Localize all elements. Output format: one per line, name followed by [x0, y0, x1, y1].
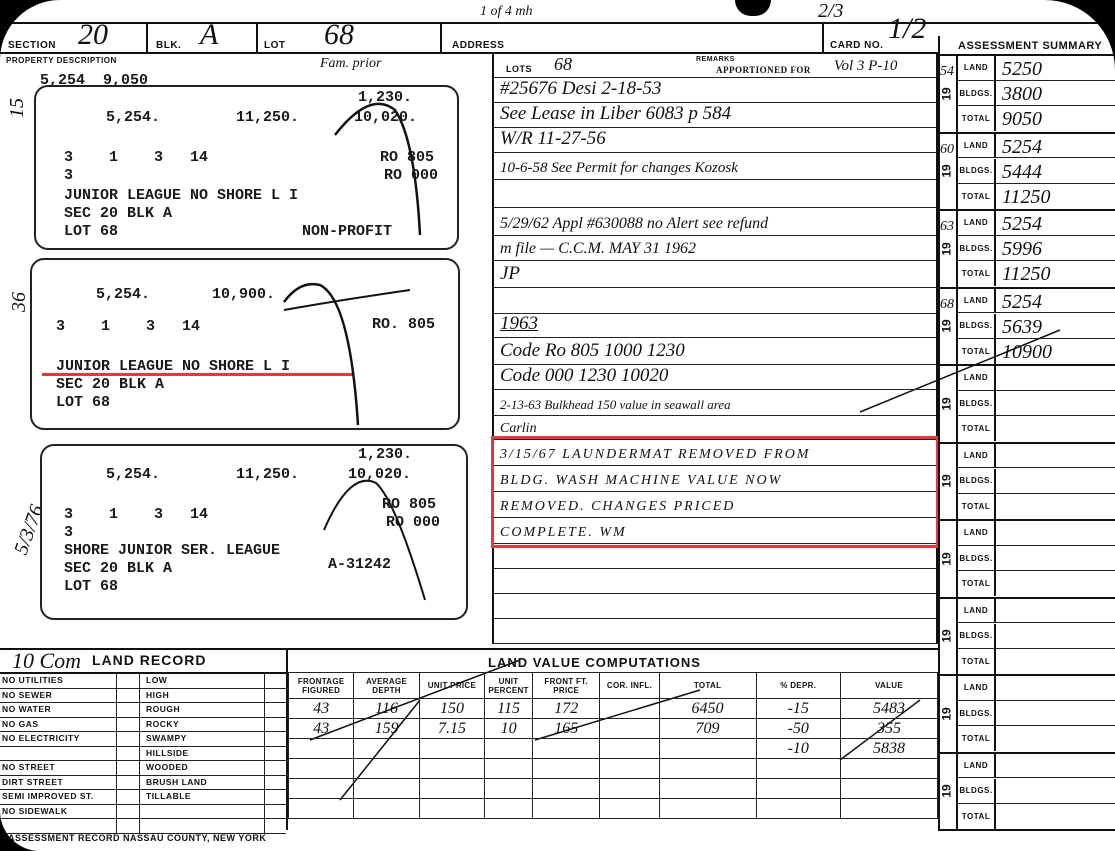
- summary-total-value: 10900: [1002, 339, 1052, 365]
- land-record-left-check[interactable]: [116, 776, 140, 790]
- lvc-cell: 7.15: [419, 719, 484, 739]
- card-sec-blk: SEC 20 BLK A: [56, 376, 164, 393]
- assessment-record-card: 1 of 4 mh 2/3 SECTION 20 BLK. A LOT 68 A…: [0, 0, 1115, 851]
- lvc-cell: [600, 779, 659, 799]
- land-record-right-check[interactable]: [264, 790, 286, 804]
- lvc-cell: [532, 759, 600, 779]
- card-lot: LOT 68: [64, 223, 118, 240]
- land-record-right-check[interactable]: [264, 776, 286, 790]
- summary-land-value: 5250: [1002, 56, 1042, 82]
- land-record-handwritten-prefix: 10 Com: [12, 648, 81, 674]
- land-record-row: NO SEWERHIGH: [0, 689, 286, 704]
- lvc-cell: [419, 759, 484, 779]
- year-prefix: 19: [940, 785, 954, 798]
- land-record-right-item: WOODED: [146, 762, 262, 772]
- lvc-cell: [600, 699, 659, 719]
- land-record-row: NO SIDEWALK: [0, 805, 286, 820]
- lvc-cell: [354, 799, 419, 819]
- header-divider: [440, 22, 442, 52]
- apportioned-label: APPORTIONED FOR: [716, 65, 811, 75]
- land-record-left-check[interactable]: [116, 689, 140, 703]
- card-owner: SHORE JUNIOR SER. LEAGUE: [64, 542, 280, 559]
- land-record-left-check[interactable]: [116, 819, 140, 833]
- card-owner: JUNIOR LEAGUE NO SHORE L I: [64, 187, 298, 204]
- summary-row-bldgs: BLDGS.3800: [958, 81, 1115, 106]
- card-total-value: 11,250.: [236, 109, 299, 126]
- summary-row-land: LAND: [958, 366, 1115, 391]
- card-land-value: 5,254.: [96, 286, 150, 303]
- summary-total-value: 11250: [1002, 184, 1051, 210]
- summary-bldgs-label: BLDGS.: [958, 391, 996, 415]
- remarks-line: 10-6-58 See Permit for changes Kozosk: [494, 153, 936, 180]
- owner-highlight-underline: [42, 373, 354, 376]
- lot-label: LOT: [264, 40, 286, 51]
- card-land-value: 5,254.: [106, 466, 160, 483]
- land-record-row: NO UTILITIESLOW: [0, 674, 286, 689]
- year-suffix: 60: [940, 142, 954, 158]
- summary-bldgs-label: BLDGS.: [958, 624, 996, 648]
- land-record-left-check[interactable]: [116, 761, 140, 775]
- summary-land-label: LAND: [958, 56, 996, 80]
- lots-label: LOTS: [506, 64, 532, 74]
- land-record-left-item: NO UTILITIES: [2, 675, 114, 685]
- land-record-title: LAND RECORD: [92, 652, 206, 668]
- summary-row-bldgs: BLDGS.: [958, 779, 1115, 804]
- card-reference: A-31242: [328, 556, 391, 573]
- summary-total-label: TOTAL: [958, 804, 996, 829]
- lvc-cell: 159: [354, 719, 419, 739]
- land-record-right-check[interactable]: [264, 732, 286, 746]
- lots-value: 68: [554, 54, 572, 75]
- lvc-cell: 10: [485, 719, 533, 739]
- remarks-line: [494, 569, 936, 594]
- summary-row-land: LAND: [958, 521, 1115, 546]
- summary-row-bldgs: BLDGS.5639: [958, 314, 1115, 339]
- top-right-handwritten-note: 2/3: [818, 0, 844, 23]
- summary-year-group: 1968LAND5254BLDGS.5639TOTAL10900: [938, 289, 1115, 367]
- summary-year: 19: [938, 521, 958, 597]
- year-prefix: 19: [940, 630, 954, 643]
- summary-bldgs-value: 5639: [1002, 314, 1042, 340]
- summary-land-label: LAND: [958, 599, 996, 623]
- remarks-line: 2-13-63 Bulkhead 150 value in seawall ar…: [494, 390, 936, 416]
- lvc-cell: [600, 799, 659, 819]
- lvc-column-header: FRONTAGE FIGURED: [289, 673, 354, 699]
- land-record-left-item: NO GAS: [2, 719, 114, 729]
- lvc-column-header: FRONT FT. PRICE: [532, 673, 600, 699]
- assessment-summary-title: ASSESSMENT SUMMARY: [958, 40, 1102, 52]
- card-value-b: 10,020.: [354, 109, 417, 126]
- card-value-b: 10,020.: [348, 466, 411, 483]
- summary-land-label: LAND: [958, 134, 996, 158]
- remarks-highlight-box: [491, 436, 939, 548]
- card-no-value: 1/2: [888, 12, 926, 46]
- card-ro-code: RO 805: [380, 149, 434, 166]
- land-record-row: [0, 819, 286, 834]
- lvc-cell: [756, 799, 840, 819]
- year-prefix: 19: [940, 87, 954, 100]
- land-record-right-item: BRUSH LAND: [146, 777, 262, 787]
- card-codes: 3 1 3 14: [56, 318, 200, 335]
- summary-row-bldgs: BLDGS.: [958, 701, 1115, 726]
- lvc-cell: [289, 779, 354, 799]
- typed-record-card: 5,254. 11,250. 1,230. 10,020. 3 1 3 14 3…: [34, 85, 459, 250]
- card-codes-2: 3: [64, 167, 73, 184]
- summary-bldgs-value: 5444: [1002, 159, 1042, 185]
- card-lot: LOT 68: [64, 578, 118, 595]
- summary-row-bldgs: BLDGS.: [958, 546, 1115, 571]
- summary-land-label: LAND: [958, 211, 996, 235]
- lvc-row: 431597.1510165709-50355: [289, 719, 938, 739]
- lvc-cell: [600, 719, 659, 739]
- summary-bldgs-label: BLDGS.: [958, 236, 996, 260]
- summary-year-group: 19LANDBLDGS.TOTAL: [938, 366, 1115, 444]
- remarks-line: JP: [494, 261, 936, 288]
- typed-record-card: 5,254. 10,900. 3 1 3 14 RO. 805 JUNIOR L…: [30, 258, 460, 430]
- top-handwritten-note: 1 of 4 mh: [480, 4, 533, 20]
- summary-row-total: TOTAL: [958, 649, 1115, 674]
- summary-row-bldgs: BLDGS.: [958, 391, 1115, 416]
- summary-year-group: 1954LAND5250BLDGS.3800TOTAL9050: [938, 56, 1115, 134]
- lvc-column-header: % DEPR.: [756, 673, 840, 699]
- summary-total-label: TOTAL: [958, 184, 996, 209]
- header-divider: [822, 22, 824, 52]
- lvc-title: LAND VALUE COMPUTATIONS: [488, 655, 701, 670]
- summary-year: 19: [938, 754, 958, 830]
- lvc-cell: [289, 759, 354, 779]
- summary-row-bldgs: BLDGS.: [958, 624, 1115, 649]
- property-handwritten-note: Fam. prior: [320, 56, 381, 72]
- lvc-column-header: AVERAGE DEPTH: [354, 673, 419, 699]
- land-record-row: HILLSIDE: [0, 747, 286, 762]
- summary-year: 19: [938, 599, 958, 675]
- land-record-right-item: HIGH: [146, 690, 262, 700]
- summary-row-bldgs: BLDGS.5996: [958, 236, 1115, 261]
- lvc-cell: [840, 779, 937, 799]
- summary-bldgs-label: BLDGS.: [958, 779, 996, 803]
- lvc-cell: 115: [485, 699, 533, 719]
- summary-row-land: LAND: [958, 754, 1115, 779]
- summary-row-land: LAND5254: [958, 289, 1115, 314]
- card-codes: 3 1 3 14: [64, 506, 208, 523]
- land-record-row: NO ELECTRICITYSWAMPY: [0, 732, 286, 747]
- year-prefix: 19: [940, 165, 954, 178]
- year-suffix: 68: [940, 297, 954, 313]
- land-record-right-check[interactable]: [264, 689, 286, 703]
- lvc-cell: [659, 799, 756, 819]
- remarks-line: 1963: [494, 314, 936, 338]
- lvc-row: [289, 779, 938, 799]
- block-label: BLK.: [156, 40, 181, 51]
- summary-total-value: 9050: [1002, 106, 1042, 132]
- card-total-value: 11,250.: [236, 466, 299, 483]
- summary-bldgs-label: BLDGS.: [958, 701, 996, 725]
- card-sec-blk: SEC 20 BLK A: [64, 205, 172, 222]
- lvc-cell: [485, 739, 533, 759]
- lvc-column-header: UNIT PERCENT: [485, 673, 533, 699]
- card-lot: LOT 68: [56, 394, 110, 411]
- summary-row-land: LAND5254: [958, 211, 1115, 236]
- land-record-right-item: HILLSIDE: [146, 748, 262, 758]
- lvc-cell: [532, 739, 600, 759]
- lvc-column-header: VALUE: [840, 673, 937, 699]
- lvc-cell: [840, 759, 937, 779]
- section-value: 20: [78, 18, 108, 52]
- land-record-right-item: ROUGH: [146, 704, 262, 714]
- remarks-line: See Lease in Liber 6083 p 584: [494, 103, 936, 128]
- summary-row-land: LAND: [958, 599, 1115, 624]
- summary-row-land: LAND5250: [958, 56, 1115, 81]
- land-record-row: DIRT STREETBRUSH LAND: [0, 776, 286, 791]
- summary-year: 19: [938, 366, 958, 442]
- land-record-left-check[interactable]: [116, 732, 140, 746]
- summary-total-label: TOTAL: [958, 571, 996, 596]
- summary-total-label: TOTAL: [958, 416, 996, 441]
- remarks-line: Code 000 1230 10020: [494, 365, 936, 390]
- lvc-cell: 355: [840, 719, 937, 739]
- summary-total-label: TOTAL: [958, 494, 996, 519]
- summary-year-group: 19LANDBLDGS.TOTAL: [938, 599, 1115, 677]
- lvc-cell: [289, 799, 354, 819]
- typed-record-card: 5,254. 11,250. 1,230. 10,020. 3 1 3 14 3…: [40, 444, 468, 620]
- land-record-left-item: NO WATER: [2, 704, 114, 714]
- lvc-cell: [354, 739, 419, 759]
- summary-row-land: LAND5254: [958, 134, 1115, 159]
- lvc-row: 431161501151726450-155483: [289, 699, 938, 719]
- lvc-cell: [485, 799, 533, 819]
- summary-bldgs-label: BLDGS.: [958, 81, 996, 105]
- summary-row-bldgs: BLDGS.: [958, 469, 1115, 494]
- year-suffix: 63: [940, 219, 954, 235]
- land-record-left-item: DIRT STREET: [2, 777, 114, 787]
- lvc-cell: 5483: [840, 699, 937, 719]
- remarks-line: [494, 288, 936, 314]
- land-record-left-item: NO STREET: [2, 762, 114, 772]
- remarks-label: REMARKS: [696, 56, 735, 63]
- lvc-cell: -50: [756, 719, 840, 739]
- header-top-rule: [0, 22, 1115, 24]
- land-value-computations: LAND VALUE COMPUTATIONS FRONTAGE FIGURED…: [288, 648, 938, 830]
- summary-year-group: 19LANDBLDGS.TOTAL: [938, 444, 1115, 522]
- land-record-row: NO STREETWOODED: [0, 761, 286, 776]
- land-record-left-check[interactable]: [116, 718, 140, 732]
- summary-total-label: TOTAL: [958, 106, 996, 131]
- card-no-label: CARD NO.: [830, 40, 883, 51]
- summary-land-value: 5254: [1002, 289, 1042, 315]
- summary-year: 19: [938, 444, 958, 520]
- summary-land-label: LAND: [958, 366, 996, 390]
- land-record-left-check[interactable]: [116, 790, 140, 804]
- lvc-cell: [659, 779, 756, 799]
- lvc-cell: -15: [756, 699, 840, 719]
- summary-land-value: 5254: [1002, 134, 1042, 160]
- lvc-cell: [756, 759, 840, 779]
- lvc-cell: [354, 779, 419, 799]
- land-record-left-item: SEMI IMPROVED ST.: [2, 791, 114, 801]
- lvc-cell: 165: [532, 719, 600, 739]
- summary-bldgs-label: BLDGS.: [958, 546, 996, 570]
- lvc-cell: [289, 739, 354, 759]
- year-prefix: 19: [940, 397, 954, 410]
- card-codes: 3 1 3 14: [64, 149, 208, 166]
- land-record: 10 Com LAND RECORD NO UTILITIESLOWNO SEW…: [0, 648, 288, 830]
- summary-row-total: TOTAL: [958, 726, 1115, 751]
- remarks-line: [494, 594, 936, 619]
- summary-total-label: TOTAL: [958, 339, 996, 364]
- lvc-cell: 43: [289, 699, 354, 719]
- summary-row-land: LAND: [958, 676, 1115, 701]
- summary-row-total: TOTAL: [958, 571, 1115, 596]
- year-prefix: 19: [940, 552, 954, 565]
- summary-total-label: TOTAL: [958, 261, 996, 286]
- lvc-cell: 6450: [659, 699, 756, 719]
- land-record-left-check[interactable]: [116, 674, 140, 688]
- land-record-row: NO GASROCKY: [0, 718, 286, 733]
- summary-row-land: LAND: [958, 444, 1115, 469]
- land-record-left-check[interactable]: [116, 703, 140, 717]
- property-description-label: PROPERTY DESCRIPTION: [6, 56, 117, 65]
- summary-bldgs-label: BLDGS.: [958, 159, 996, 183]
- lvc-cell: [756, 779, 840, 799]
- card-status: NON-PROFIT: [302, 223, 392, 240]
- summary-year: 19: [938, 676, 958, 752]
- lvc-cell: 5838: [840, 739, 937, 759]
- card-ro-code: RO 000: [384, 167, 438, 184]
- lvc-header-row: FRONTAGE FIGUREDAVERAGE DEPTHUNIT PRICEU…: [289, 673, 938, 699]
- lvc-cell: -10: [756, 739, 840, 759]
- year-suffix: 54: [940, 64, 954, 80]
- summary-land-value: 5254: [1002, 211, 1042, 237]
- lvc-column-header: TOTAL: [659, 673, 756, 699]
- land-record-right-check[interactable]: [264, 703, 286, 717]
- summary-total-value: 11250: [1002, 261, 1051, 287]
- summary-row-bldgs: BLDGS.5444: [958, 159, 1115, 184]
- lvc-cell: 43: [289, 719, 354, 739]
- card-value-a: 1,230.: [358, 89, 412, 106]
- land-record-right-item: SWAMPY: [146, 733, 262, 743]
- land-record-right-check[interactable]: [264, 761, 286, 775]
- section-label: SECTION: [8, 40, 56, 51]
- remarks-line: 5/29/62 Appl #630088 no Alert see refund: [494, 208, 936, 236]
- summary-year-group: 19LANDBLDGS.TOTAL: [938, 754, 1115, 832]
- address-label: ADDRESS: [452, 40, 504, 51]
- land-record-right-check[interactable]: [264, 718, 286, 732]
- summary-row-total: TOTAL: [958, 804, 1115, 829]
- land-record-left-item: NO SEWER: [2, 690, 114, 700]
- summary-row-total: TOTAL: [958, 416, 1115, 441]
- card-ro-code: RO 000: [386, 514, 440, 531]
- land-record-grid: NO UTILITIESLOWNO SEWERHIGHNO WATERROUGH…: [0, 674, 286, 834]
- lvc-cell: [600, 759, 659, 779]
- lvc-row: -105838: [289, 739, 938, 759]
- summary-land-label: LAND: [958, 444, 996, 468]
- lvc-column-header: COR. INFL.: [600, 673, 659, 699]
- summary-year-group: 19LANDBLDGS.TOTAL: [938, 676, 1115, 754]
- card-total-value: 10,900.: [212, 286, 275, 303]
- summary-year: 1968: [938, 289, 958, 365]
- summary-land-label: LAND: [958, 289, 996, 313]
- lvc-cell: [419, 779, 484, 799]
- lvc-cell: [659, 759, 756, 779]
- summary-row-total: TOTAL9050: [958, 106, 1115, 131]
- summary-bldgs-value: 3800: [1002, 81, 1042, 107]
- land-record-left-item: NO ELECTRICITY: [2, 733, 114, 743]
- lvc-cell: [354, 759, 419, 779]
- lvc-cell: [419, 739, 484, 759]
- year-prefix: 19: [940, 242, 954, 255]
- card-codes-2: 3: [64, 524, 73, 541]
- land-record-right-check[interactable]: [264, 819, 286, 833]
- lvc-cell: 709: [659, 719, 756, 739]
- year-prefix: 19: [940, 707, 954, 720]
- year-prefix: 19: [940, 320, 954, 333]
- land-record-right-check[interactable]: [264, 805, 286, 819]
- summary-bldgs-label: BLDGS.: [958, 314, 996, 338]
- summary-year: 1960: [938, 134, 958, 210]
- summary-row-total: TOTAL: [958, 494, 1115, 519]
- land-record-left-check[interactable]: [116, 747, 140, 761]
- remarks-line: [494, 619, 936, 644]
- lvc-cell: [659, 739, 756, 759]
- land-record-left-check[interactable]: [116, 805, 140, 819]
- summary-land-label: LAND: [958, 521, 996, 545]
- summary-row-total: TOTAL10900: [958, 339, 1115, 364]
- header-divider: [256, 22, 258, 52]
- lvc-cell: 150: [419, 699, 484, 719]
- year-prefix: 19: [940, 475, 954, 488]
- lvc-cell: [419, 799, 484, 819]
- lvc-table: FRONTAGE FIGUREDAVERAGE DEPTHUNIT PRICEU…: [288, 672, 938, 819]
- summary-year-group: 19LANDBLDGS.TOTAL: [938, 521, 1115, 599]
- summary-bldgs-label: BLDGS.: [958, 469, 996, 493]
- land-record-row: SEMI IMPROVED ST.TILLABLE: [0, 790, 286, 805]
- lvc-cell: 116: [354, 699, 419, 719]
- lvc-cell: [600, 739, 659, 759]
- lvc-cell: [485, 779, 533, 799]
- summary-bldgs-value: 5996: [1002, 236, 1042, 262]
- summary-total-label: TOTAL: [958, 649, 996, 674]
- lvc-cell: 172: [532, 699, 600, 719]
- apportioned-value: Vol 3 P-10: [834, 58, 897, 75]
- summary-total-label: TOTAL: [958, 726, 996, 751]
- remarks-line: m file — C.C.M. MAY 31 1962: [494, 236, 936, 261]
- land-record-right-check[interactable]: [264, 674, 286, 688]
- summary-row-total: TOTAL11250: [958, 184, 1115, 209]
- lvc-cell: [485, 759, 533, 779]
- card-land-value: 5,254.: [106, 109, 160, 126]
- remarks-panel: LOTS 68 REMARKS APPORTIONED FOR Vol 3 P-…: [492, 54, 938, 644]
- card-sec-blk: SEC 20 BLK A: [64, 560, 172, 577]
- card-ro-code: RO. 805: [372, 316, 435, 333]
- footer-text: ASSESSMENT RECORD NASSAU COUNTY, NEW YOR…: [8, 833, 266, 843]
- land-record-row: NO WATERROUGH: [0, 703, 286, 718]
- remarks-line: W/R 11-27-56: [494, 128, 936, 153]
- margin-note: 15: [6, 98, 29, 118]
- land-record-right-item: ROCKY: [146, 719, 262, 729]
- lvc-cell: [532, 779, 600, 799]
- margin-note: 36: [8, 292, 31, 312]
- summary-row-total: TOTAL11250: [958, 261, 1115, 286]
- lvc-cell: [840, 799, 937, 819]
- remarks-line: Code Ro 805 1000 1230: [494, 338, 936, 365]
- lvc-row: [289, 759, 938, 779]
- land-record-right-check[interactable]: [264, 747, 286, 761]
- lvc-row: [289, 799, 938, 819]
- lvc-column-header: UNIT PRICE: [419, 673, 484, 699]
- header-divider: [146, 22, 148, 52]
- remarks-header-row: LOTS 68 REMARKS APPORTIONED FOR Vol 3 P-…: [494, 54, 936, 78]
- block-value: A: [200, 18, 218, 52]
